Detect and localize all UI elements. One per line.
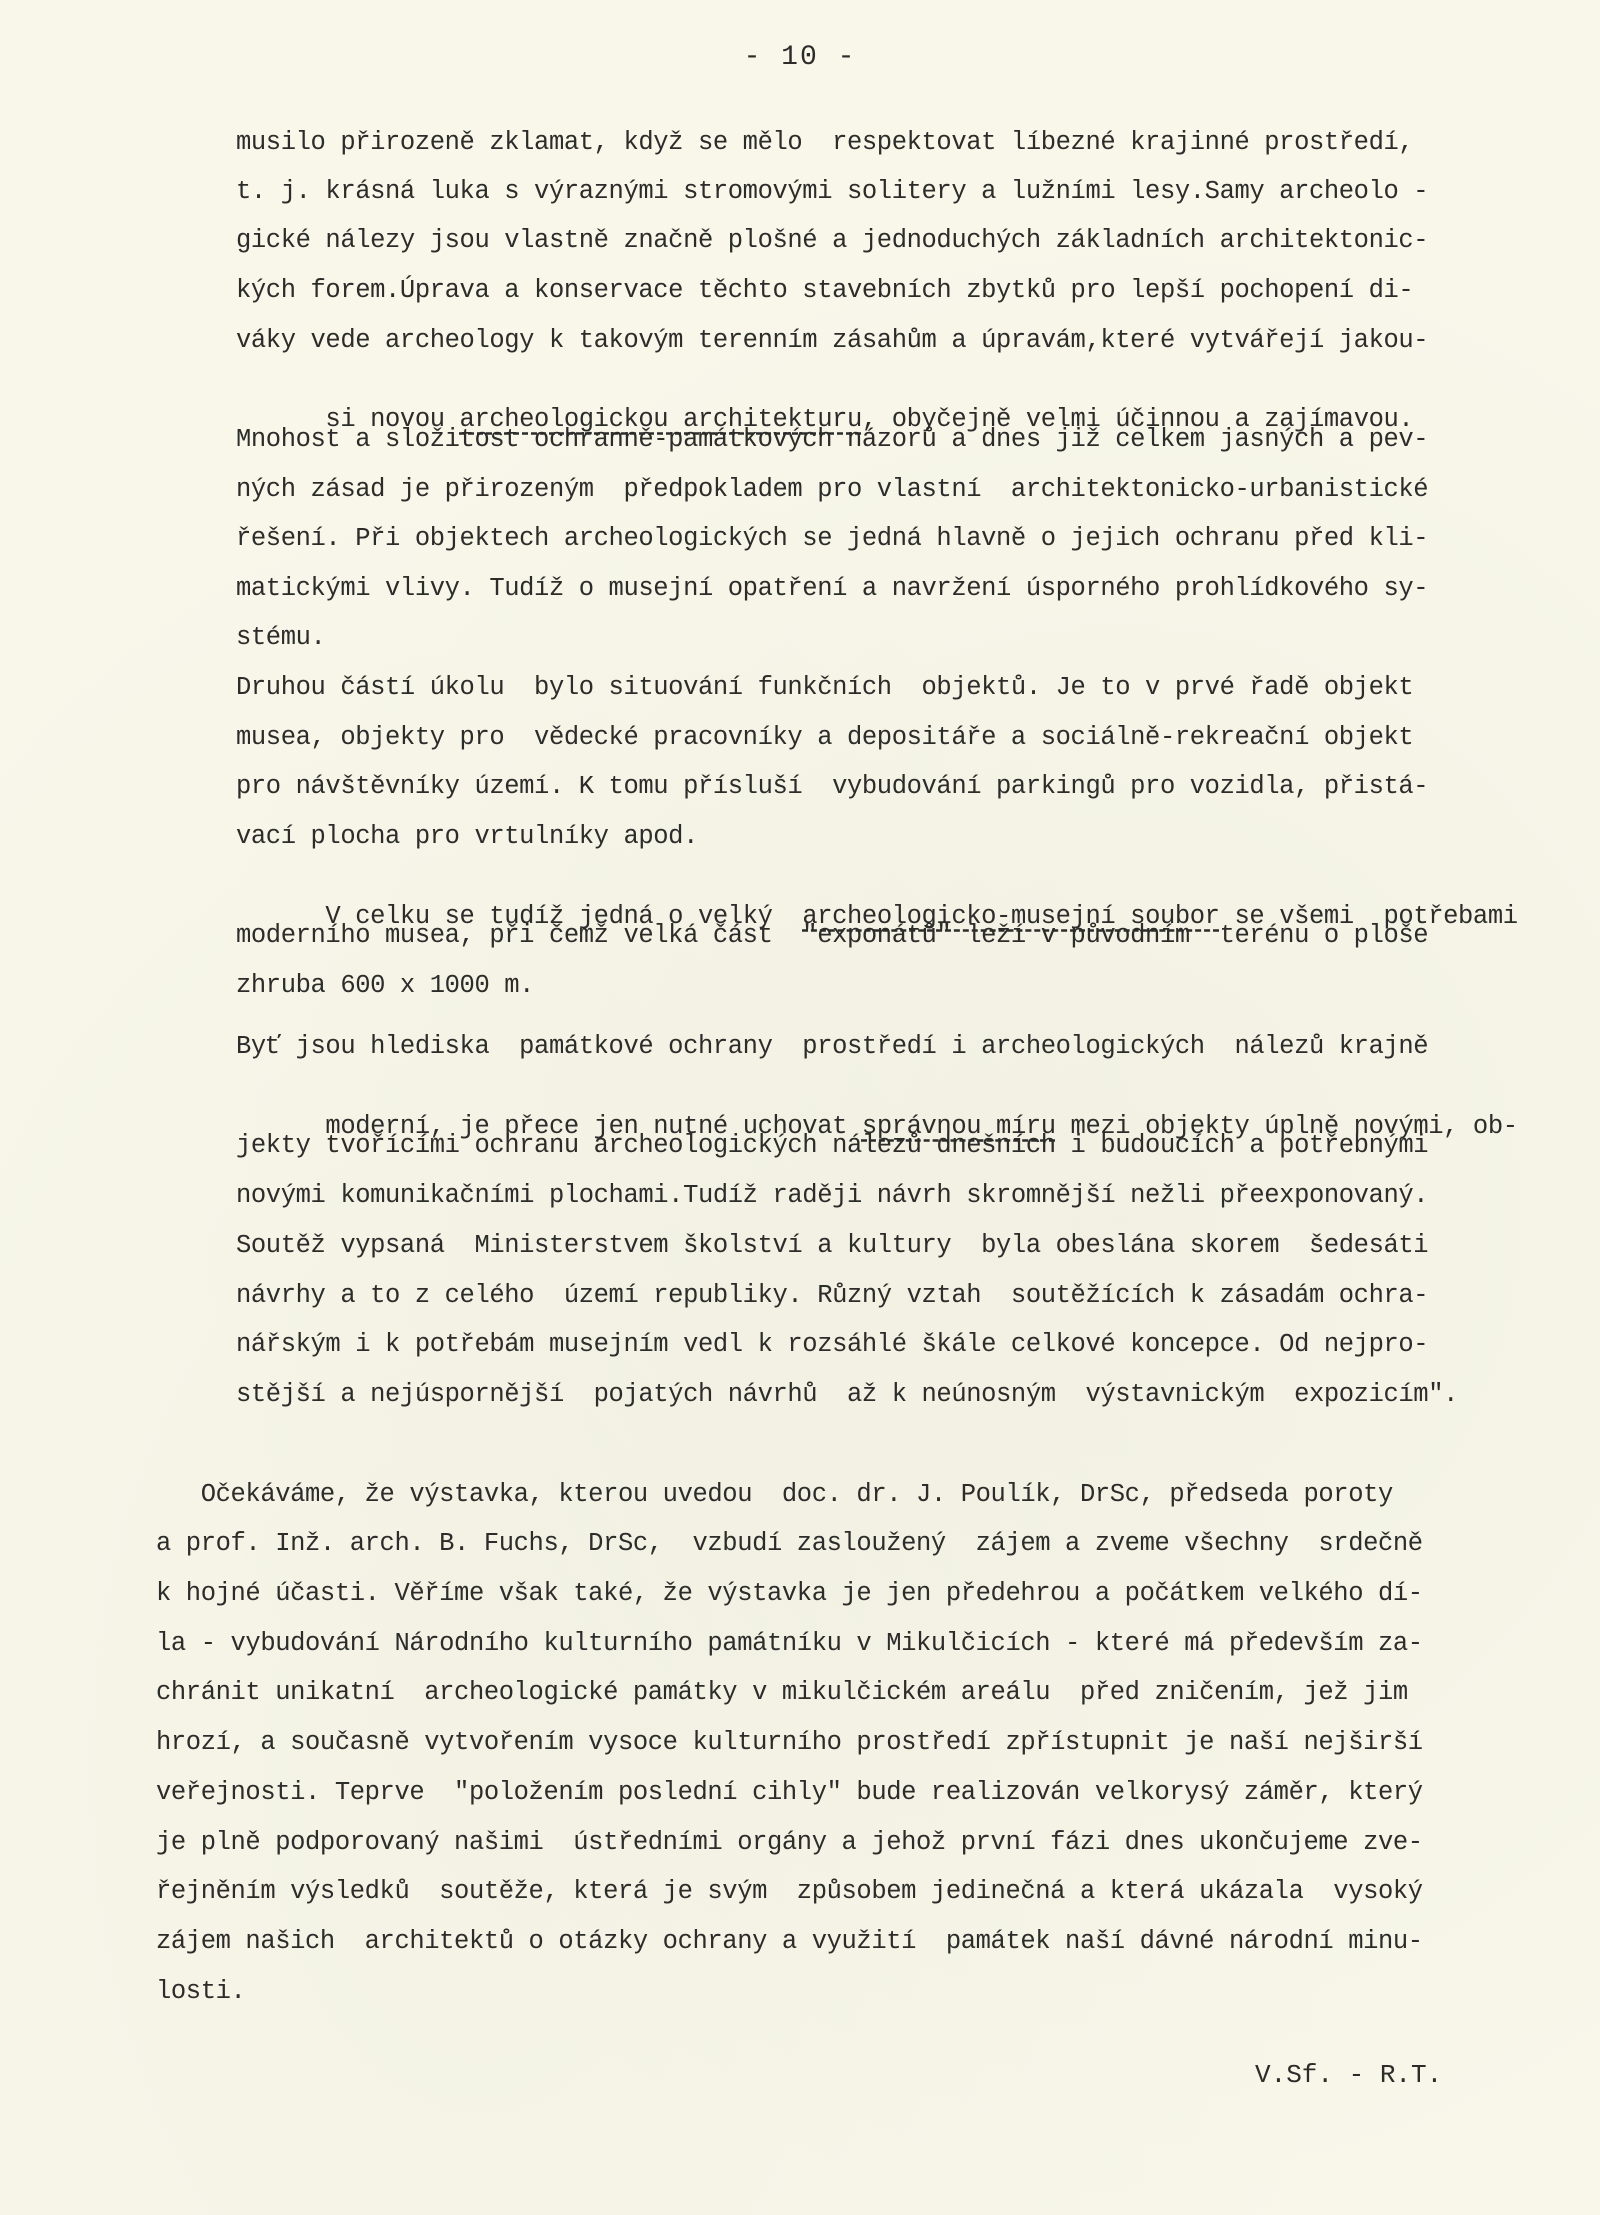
text-line: váky vede archeology k takovým terenním … (236, 326, 1428, 356)
text-line: k hojné účasti. Věříme však také, že výs… (156, 1579, 1423, 1609)
author-initials: V.Sf. - R.T. (1255, 2060, 1442, 2090)
text-line: gické nálezy jsou vlastně značně plošné … (236, 226, 1428, 256)
text-line: Soutěž vypsaná Ministerstvem školství a … (236, 1231, 1428, 1261)
text-line: la - vybudování Národního kulturního pam… (156, 1629, 1423, 1659)
text-line: řešení. Při objektech archeologických se… (236, 524, 1428, 554)
text-line: zhruba 600 x 1000 m. (236, 971, 534, 1001)
text-line: Očekáváme, že výstavka, kterou uvedou do… (156, 1480, 1393, 1510)
text-line: Mnohost a složitost ochranně-památkových… (236, 425, 1428, 455)
text-line: stému. (236, 623, 325, 653)
text-line: t. j. krásná luka s výraznými stromovými… (236, 177, 1428, 207)
text-line: jekty tvořícími ochranu archeologických … (236, 1131, 1428, 1161)
text-line: veřejnosti. Teprve "položením poslední c… (156, 1778, 1423, 1808)
text-line: kých forem.Úprava a konservace těchto st… (236, 276, 1413, 306)
text-line: je plně podporovaný našimi ústředními or… (156, 1828, 1423, 1858)
text-line: musilo přirozeně zklamat, když se mělo r… (236, 128, 1413, 158)
text-line: ných zásad je přirozeným předpokladem pr… (236, 475, 1428, 505)
text-line: pro návštěvníky území. K tomu přísluší v… (236, 772, 1428, 802)
text-line: zájem našich architektů o otázky ochrany… (156, 1927, 1423, 1957)
text-line: matickými vlivy. Tudíž o musejní opatřen… (236, 574, 1428, 604)
text-line: losti. (156, 1977, 245, 2007)
text-line: musea, objekty pro vědecké pracovníky a … (236, 723, 1413, 753)
text-line: Byť jsou hlediska památkové ochrany pros… (236, 1032, 1428, 1062)
text-line: hrozí, a současně vytvořením vysoce kult… (156, 1728, 1423, 1758)
text-line: řejněním výsledků soutěže, která je svým… (156, 1877, 1423, 1907)
text-line: a prof. Inž. arch. B. Fuchs, DrSc, vzbud… (156, 1529, 1423, 1559)
text-line: vací plocha pro vrtulníky apod. (236, 822, 698, 852)
text-line: stější a nejúspornější pojatých návrhů a… (236, 1380, 1458, 1410)
page-number: - 10 - (0, 42, 1600, 73)
document-page: - 10 - musilo přirozeně zklamat, když se… (0, 0, 1600, 2215)
text-line: novými komunikačními plochami.Tudíž radě… (236, 1181, 1428, 1211)
text-line: Druhou částí úkolu bylo situování funkčn… (236, 673, 1413, 703)
text-line: chránit unikatní archeologické památky v… (156, 1678, 1408, 1708)
text-line: návrhy a to z celého území republiky. Rů… (236, 1281, 1428, 1311)
text-line: nářským i k potřebám musejním vedl k roz… (236, 1330, 1428, 1360)
text-line: moderního musea, při čemž velká část "ex… (236, 921, 1428, 951)
